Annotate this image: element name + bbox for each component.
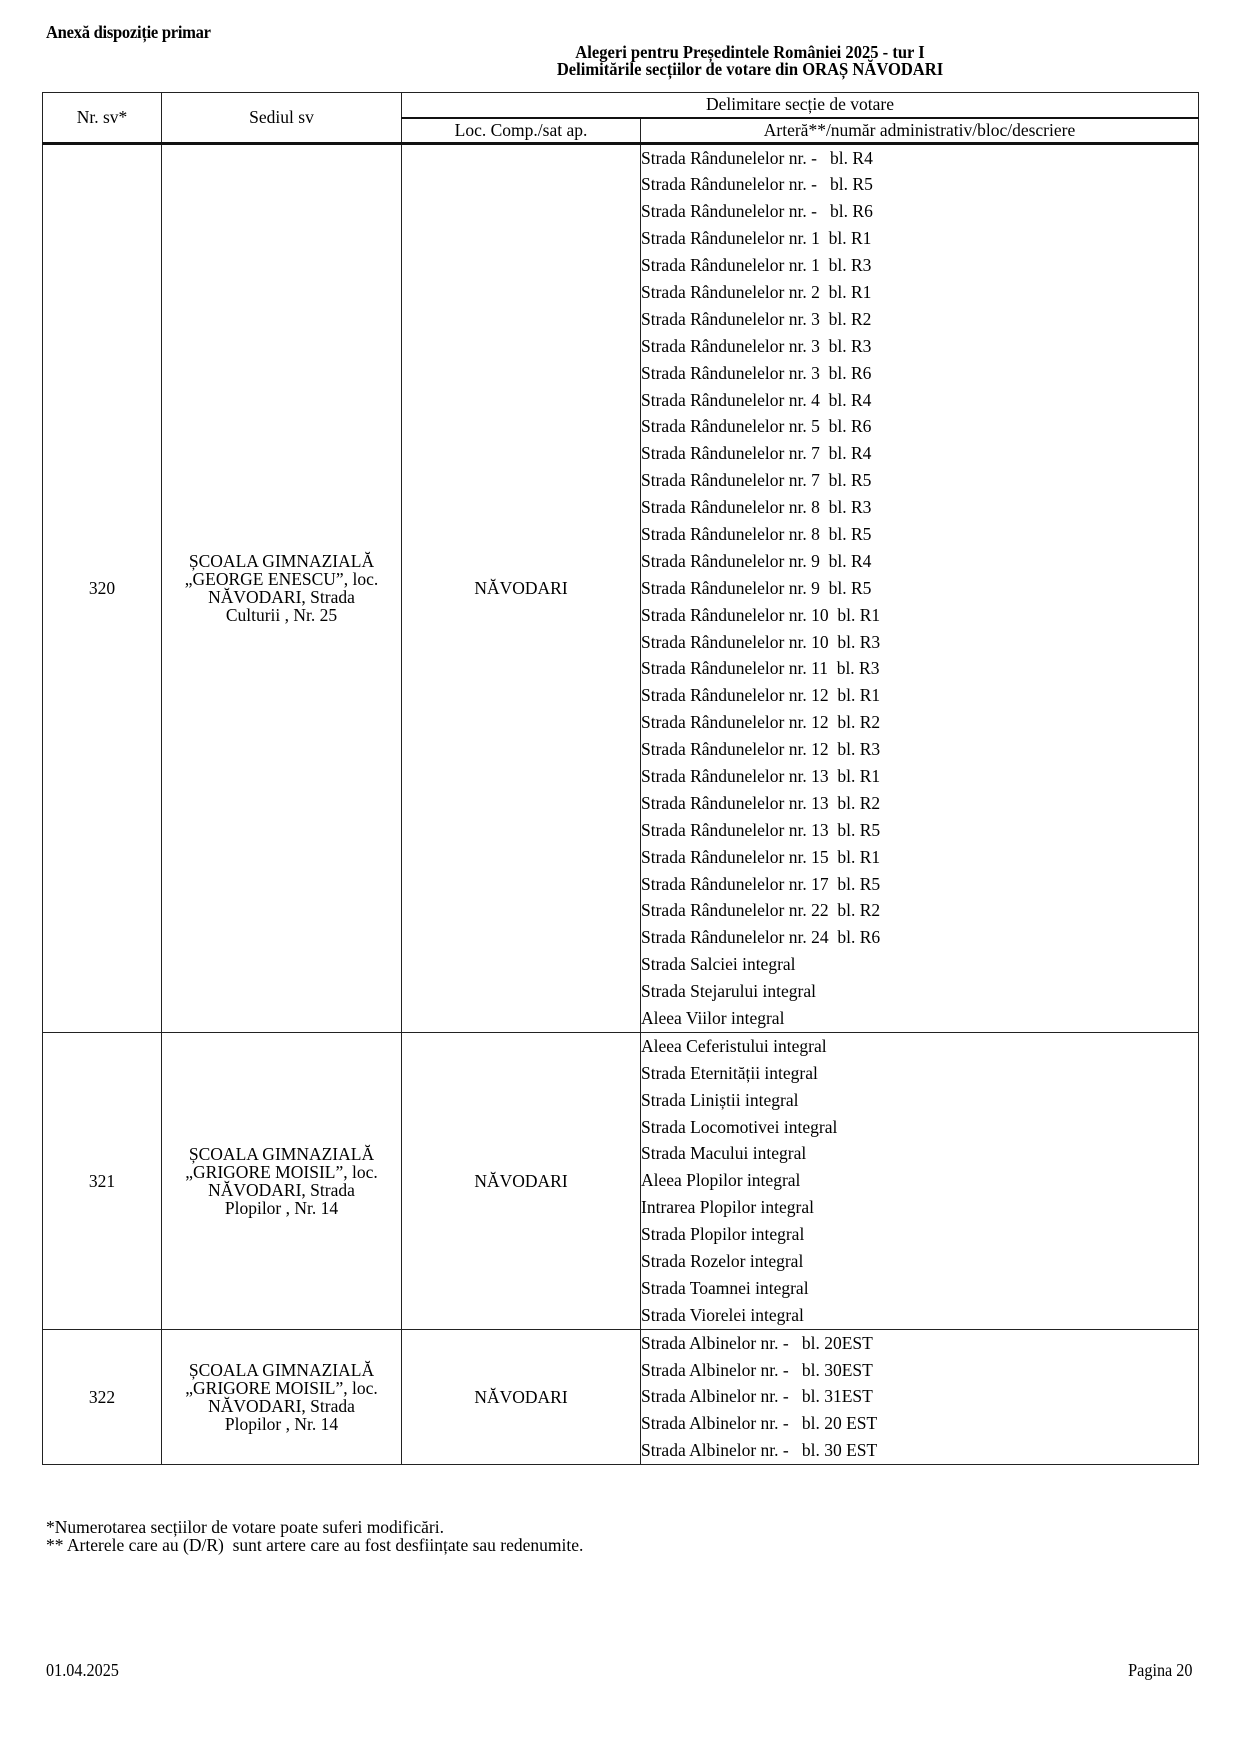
table-body: 320ȘCOALA GIMNAZIALĂ„GEORGE ENESCU”, loc… bbox=[43, 143, 1199, 1465]
street-item: Strada Albinelor nr. - bl. 20 EST bbox=[641, 1410, 1198, 1437]
street-item: Strada Rândunelelor nr. 9 bl. R4 bbox=[641, 548, 1198, 575]
header-sediul-sv: Sediul sv bbox=[162, 93, 402, 144]
title-line-2: Delimitările secțiilor de votare din ORA… bbox=[336, 61, 1164, 78]
document-title: Alegeri pentru Președintele României 202… bbox=[336, 44, 1164, 78]
street-item: Strada Rândunelelor nr. 12 bl. R3 bbox=[641, 736, 1198, 763]
street-item: Strada Rândunelelor nr. 3 bl. R6 bbox=[641, 360, 1198, 387]
locality: NĂVODARI bbox=[402, 1329, 641, 1464]
street-item: Strada Albinelor nr. - bl. 31EST bbox=[641, 1383, 1198, 1410]
street-item: Strada Rândunelelor nr. - bl. R5 bbox=[641, 171, 1198, 198]
headquarters-line: NĂVODARI, Strada bbox=[162, 1181, 401, 1199]
street-item: Strada Rândunelelor nr. 2 bl. R1 bbox=[641, 279, 1198, 306]
footnotes: *Numerotarea secțiilor de votare poate s… bbox=[46, 1518, 583, 1554]
street-item: Strada Stejarului integral bbox=[641, 978, 1198, 1005]
station-headquarters: ȘCOALA GIMNAZIALĂ„GRIGORE MOISIL”, loc.N… bbox=[162, 1032, 402, 1329]
street-item: Strada Rândunelelor nr. 13 bl. R5 bbox=[641, 817, 1198, 844]
headquarters-line: ȘCOALA GIMNAZIALĂ bbox=[162, 1145, 401, 1163]
station-number: 321 bbox=[43, 1032, 162, 1329]
street-item: Strada Albinelor nr. - bl. 20EST bbox=[641, 1330, 1198, 1357]
headquarters-line: „GRIGORE MOISIL”, loc. bbox=[162, 1379, 401, 1397]
street-item: Strada Liniștii integral bbox=[641, 1087, 1198, 1114]
footer-date: 01.04.2025 bbox=[46, 1660, 119, 1681]
headquarters-line: ȘCOALA GIMNAZIALĂ bbox=[162, 1361, 401, 1379]
street-item: Strada Rândunelelor nr. 3 bl. R3 bbox=[641, 333, 1198, 360]
headquarters-line: Culturii , Nr. 25 bbox=[162, 606, 401, 624]
street-item: Strada Locomotivei integral bbox=[641, 1114, 1198, 1141]
street-item: Strada Albinelor nr. - bl. 30EST bbox=[641, 1357, 1198, 1384]
street-item: Intrarea Plopilor integral bbox=[641, 1194, 1198, 1221]
street-item: Strada Rândunelelor nr. 4 bl. R4 bbox=[641, 387, 1198, 414]
header-loc: Loc. Comp./sat ap. bbox=[402, 118, 641, 144]
street-item: Strada Rândunelelor nr. - bl. R4 bbox=[641, 145, 1198, 172]
street-item: Strada Rândunelelor nr. 17 bl. R5 bbox=[641, 871, 1198, 898]
footnote-arteries: ** Arterele care au (D/R) sunt artere ca… bbox=[46, 1536, 583, 1554]
header-delimitare: Delimitare secție de votare bbox=[402, 93, 1199, 118]
street-item: Strada Rândunelelor nr. 13 bl. R1 bbox=[641, 763, 1198, 790]
street-item: Strada Rândunelelor nr. 1 bl. R3 bbox=[641, 252, 1198, 279]
polling-stations-table: Nr. sv* Sediul sv Delimitare secție de v… bbox=[42, 92, 1199, 1465]
street-item: Strada Macului integral bbox=[641, 1140, 1198, 1167]
street-item: Aleea Ceferistului integral bbox=[641, 1033, 1198, 1060]
street-item: Strada Viorelei integral bbox=[641, 1302, 1198, 1329]
table-row: 321ȘCOALA GIMNAZIALĂ„GRIGORE MOISIL”, lo… bbox=[43, 1032, 1199, 1329]
street-item: Strada Rozelor integral bbox=[641, 1248, 1198, 1275]
headquarters-line: „GEORGE ENESCU”, loc. bbox=[162, 570, 401, 588]
headquarters-line: NĂVODARI, Strada bbox=[162, 588, 401, 606]
street-item: Strada Rândunelelor nr. 22 bl. R2 bbox=[641, 897, 1198, 924]
street-item: Strada Plopilor integral bbox=[641, 1221, 1198, 1248]
street-item: Strada Rândunelelor nr. 8 bl. R3 bbox=[641, 494, 1198, 521]
street-item: Strada Rândunelelor nr. 10 bl. R1 bbox=[641, 602, 1198, 629]
header-nr-sv: Nr. sv* bbox=[43, 93, 162, 144]
street-item: Strada Rândunelelor nr. 7 bl. R5 bbox=[641, 467, 1198, 494]
street-item: Strada Rândunelelor nr. 12 bl. R1 bbox=[641, 682, 1198, 709]
street-item: Strada Rândunelelor nr. 11 bl. R3 bbox=[641, 655, 1198, 682]
annex-label: Anexă dispoziție primar bbox=[46, 22, 211, 43]
locality: NĂVODARI bbox=[402, 143, 641, 1032]
station-number: 322 bbox=[43, 1329, 162, 1464]
street-item: Strada Albinelor nr. - bl. 30 EST bbox=[641, 1437, 1198, 1464]
street-list: Strada Albinelor nr. - bl. 20ESTStrada A… bbox=[641, 1329, 1199, 1464]
headquarters-line: NĂVODARI, Strada bbox=[162, 1397, 401, 1415]
street-item: Aleea Viilor integral bbox=[641, 1005, 1198, 1032]
street-item: Strada Salciei integral bbox=[641, 951, 1198, 978]
station-number: 320 bbox=[43, 143, 162, 1032]
headquarters-line: Plopilor , Nr. 14 bbox=[162, 1199, 401, 1217]
street-list: Aleea Ceferistului integralStrada Eterni… bbox=[641, 1032, 1199, 1329]
street-item: Strada Eternității integral bbox=[641, 1060, 1198, 1087]
headquarters-line: Plopilor , Nr. 14 bbox=[162, 1415, 401, 1433]
street-list: Strada Rândunelelor nr. - bl. R4Strada R… bbox=[641, 143, 1199, 1032]
headquarters-line: „GRIGORE MOISIL”, loc. bbox=[162, 1163, 401, 1181]
locality: NĂVODARI bbox=[402, 1032, 641, 1329]
station-headquarters: ȘCOALA GIMNAZIALĂ„GEORGE ENESCU”, loc.NĂ… bbox=[162, 143, 402, 1032]
street-item: Strada Rândunelelor nr. 9 bl. R5 bbox=[641, 575, 1198, 602]
street-item: Strada Rândunelelor nr. 10 bl. R3 bbox=[641, 629, 1198, 656]
street-item: Strada Rândunelelor nr. 15 bl. R1 bbox=[641, 844, 1198, 871]
street-item: Strada Rândunelelor nr. 5 bl. R6 bbox=[641, 413, 1198, 440]
street-item: Strada Rândunelelor nr. 3 bl. R2 bbox=[641, 306, 1198, 333]
header-artera: Arteră**/număr administrativ/bloc/descri… bbox=[641, 118, 1199, 144]
footer-page-number: Pagina 20 bbox=[1128, 1660, 1192, 1681]
street-item: Strada Toamnei integral bbox=[641, 1275, 1198, 1302]
street-item: Strada Rândunelelor nr. 12 bl. R2 bbox=[641, 709, 1198, 736]
street-item: Strada Rândunelelor nr. 7 bl. R4 bbox=[641, 440, 1198, 467]
table-row: 322ȘCOALA GIMNAZIALĂ„GRIGORE MOISIL”, lo… bbox=[43, 1329, 1199, 1464]
footnote-numbering: *Numerotarea secțiilor de votare poate s… bbox=[46, 1518, 583, 1536]
street-item: Aleea Plopilor integral bbox=[641, 1167, 1198, 1194]
table-row: 320ȘCOALA GIMNAZIALĂ„GEORGE ENESCU”, loc… bbox=[43, 143, 1199, 1032]
street-item: Strada Rândunelelor nr. 24 bl. R6 bbox=[641, 924, 1198, 951]
street-item: Strada Rândunelelor nr. 1 bl. R1 bbox=[641, 225, 1198, 252]
street-item: Strada Rândunelelor nr. - bl. R6 bbox=[641, 198, 1198, 225]
street-item: Strada Rândunelelor nr. 13 bl. R2 bbox=[641, 790, 1198, 817]
headquarters-line: ȘCOALA GIMNAZIALĂ bbox=[162, 552, 401, 570]
street-item: Strada Rândunelelor nr. 8 bl. R5 bbox=[641, 521, 1198, 548]
station-headquarters: ȘCOALA GIMNAZIALĂ„GRIGORE MOISIL”, loc.N… bbox=[162, 1329, 402, 1464]
